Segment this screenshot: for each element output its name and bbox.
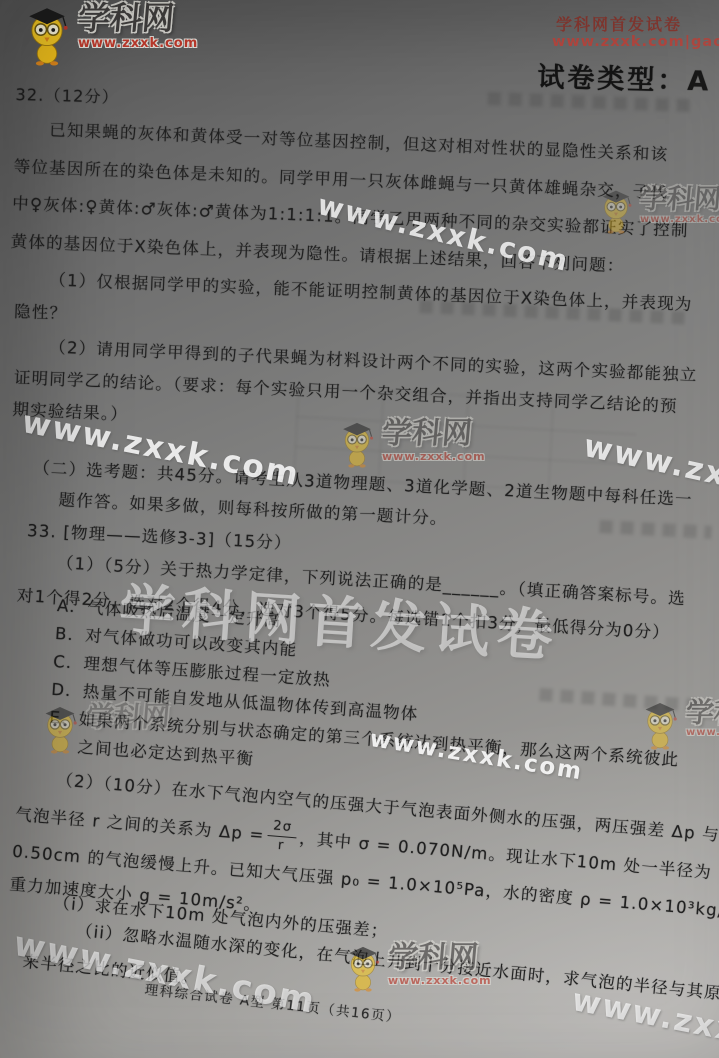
mascot-icon xyxy=(336,418,378,468)
zxxk-logo: 学科网 www.zxxk.com xyxy=(20,2,198,66)
option-label: A． xyxy=(56,596,87,617)
watermark-logo-name: 学科网 xyxy=(387,942,493,974)
paper-type-label: 试卷类型：A xyxy=(537,55,712,99)
watermark-logo-url: www.zxxk.com xyxy=(388,974,492,987)
watermark-logo-url: www.zxxk.com xyxy=(382,450,486,463)
watermark-logo-url: www.zxxk.com xyxy=(640,214,719,226)
watermark-logo-name: 学科网 xyxy=(685,698,719,727)
mascot-icon xyxy=(596,186,636,234)
option-label: C． xyxy=(53,652,85,673)
scanned-exam-page: { "meta": { "paper_type_label": "试卷类型：A"… xyxy=(0,0,719,1058)
watermark-logo-name: 学科网 xyxy=(85,702,172,731)
option-label: B． xyxy=(55,624,86,645)
fraction-denominator: r xyxy=(266,835,296,854)
zxxk-logo-text: 学科网 www.zxxk.com xyxy=(78,2,198,51)
fraction-2sigma-over-r: 2σ r xyxy=(266,818,298,854)
mascot-icon xyxy=(38,702,82,754)
mascot-icon xyxy=(342,942,384,992)
watermark-logo-text: 学科网 www.zxxk.com xyxy=(382,418,486,463)
watermark-logo: 学科网 www.zxxk.com xyxy=(596,186,719,234)
watermark-logo: 学科网 www.zxxk.com xyxy=(638,698,719,750)
watermark-logo: 学科网 xyxy=(38,702,170,754)
mascot-icon xyxy=(20,2,74,66)
watermark-logo-text: 学科网 www.zxxk.com xyxy=(686,698,719,739)
watermark-logo-text: 学科网 www.zxxk.com xyxy=(388,942,492,987)
zxxk-logo-url: www.zxxk.com xyxy=(78,36,198,52)
watermark-logo-name: 学科网 xyxy=(639,186,719,214)
mascot-icon xyxy=(638,698,682,750)
q32-number: 32.（12分） xyxy=(15,78,119,114)
watermark-logo-text: 学科网 xyxy=(86,702,170,731)
watermark-logo: 学科网 www.zxxk.com xyxy=(336,418,486,468)
option-label: D． xyxy=(51,680,84,701)
header-url: www.zxxk.com|gaok xyxy=(552,34,719,50)
watermark-logo: 学科网 www.zxxk.com xyxy=(342,942,492,992)
zxxk-logo-name: 学科网 xyxy=(77,2,200,36)
watermark-logo-text: 学科网 www.zxxk.com xyxy=(640,186,719,226)
watermark-logo-url: www.zxxk.com xyxy=(686,727,719,739)
header-claim: 学科网首发试卷 xyxy=(556,12,682,35)
watermark-logo-name: 学科网 xyxy=(381,418,487,450)
